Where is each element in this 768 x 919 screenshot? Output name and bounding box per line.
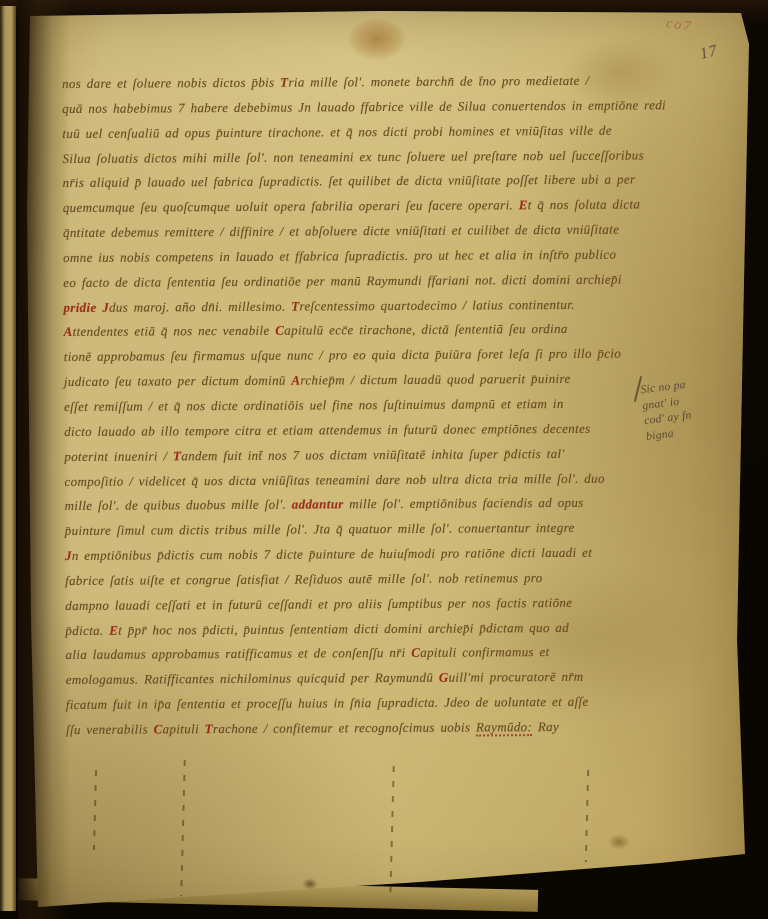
ink-text: ria mille ſol'. monete barchn̄ de t̄no p… [288,73,589,90]
rubric-text: C [411,645,420,660]
text-line: ſſu venerabilis Capituli Trachone / conf… [66,718,756,747]
ink-text: omne ius nobis competens in lauado et ff… [63,247,616,265]
ink-text: dampno lauadi ceſſati et in futurū ceſſa… [65,595,572,613]
ink-text: uill'mi procuratorē nr̄m [449,669,584,685]
ink-text: emologamus. Ratifficantes nichilominus q… [66,670,439,687]
rubric-text: T [205,721,213,736]
ink-text: apitulū ecc̄e tirachone, dictā ſententiā… [284,321,568,338]
ink-text: q̄ntitate debemus remittere / diffinire … [63,222,619,240]
ink-text: poterint inueniri / [64,448,173,464]
rubric-text: T [173,448,181,463]
ink-text: eo facto de dicta ſententia ſeu ordinati… [63,271,622,289]
ink-text: mille ſol'. de quibus duobus mille ſol'. [65,497,292,513]
rubric-text: A [291,373,300,388]
ink-text: t q̄ nos ſoluta dicta [528,197,641,213]
rubric-text: A [64,324,73,339]
ink-text: judicato ſeu taxato per dictum dominū [64,373,292,389]
ink-text: rchiep̄m / dictum lauadū quod paruerit p… [300,371,570,388]
ink-text: compoſitio / videlicet q̄ uos dicta vniū… [64,470,604,488]
ink-text: t p̄pr̄ hoc nos p̄dicti, p̄uintus ſenten… [118,619,569,637]
ink-text: fabrice ſatis uiſte et congrue ſatisfiat… [65,570,543,588]
rubric-text: E [519,197,528,212]
rubric-text: addantur [292,497,344,512]
ink-text: Raymūdo: [476,719,532,736]
ink-text: Ray [532,719,559,734]
ink-text: andem fuit int̄ nos 7 uos dictam vniūſit… [181,446,564,463]
previous-page-edge [0,6,16,911]
ink-text: mille ſol'. emptiōnibus faciendis ad opu… [344,495,584,511]
rubric-text: G [439,670,449,685]
ink-text: apituli [163,721,205,736]
ink-text: reſcentessimo quartodecimo / latius cont… [299,296,574,313]
ink-text: nos dare et ſoluere nobis dictos p̄bis [62,75,280,91]
ink-text: tuū uel cenſualiū ad opus p̄uinture tira… [62,122,612,140]
ink-text: dus maroj. año dn̄i. millesimo. [109,298,291,314]
ink-text: p̄dicta. [65,622,109,637]
ink-text: tionē approbamus ſeu firmamus uſque nunc… [64,346,622,364]
ink-text: alia laudamus approbamus ratifficamus et… [65,645,411,662]
ink-text: nr̄is aliquid p̄ lauado uel fabrica ſupr… [63,172,636,190]
ink-text: Silua ſoluatis dictos mihi mille ſol'. n… [62,147,644,166]
ink-text: rachone / confitemur et recognoſcimus uo… [213,719,476,736]
rubric-text: C [154,721,163,736]
rubric-text: pridie [63,299,102,314]
ink-text: quā nos habebimus 7 habere debebimus Jn … [62,97,666,116]
ink-text: dicto lauado ab illo tempore citra et et… [64,421,590,439]
rubric-text: C [275,323,284,338]
rubric-text: E [109,622,118,637]
ink-text: p̄uinture ſimul cum dictis tribus mille … [65,520,575,538]
ink-text: ſſu venerabilis [66,721,154,737]
ink-text: n emptiōnibus p̄dictis cum nobis 7 dicte… [72,545,592,563]
ink-text: eſſet remiſſum / et q̄ nos dicte ordinat… [64,396,564,414]
ink-text: apituli confirmamus et [420,644,550,660]
ink-text: ficatum fuit in ip̄a ſententia et proceſ… [66,694,589,712]
ink-text: quemcumque ſeu quoſcumque uoluit opera f… [63,197,519,215]
ink-text: ttendentes etiā q̄ nos nec venabile [73,323,276,339]
rubric-text: T [291,298,299,313]
manuscript-photo: co7 17 nos dare et ſoluere nobis dictos … [0,0,768,919]
